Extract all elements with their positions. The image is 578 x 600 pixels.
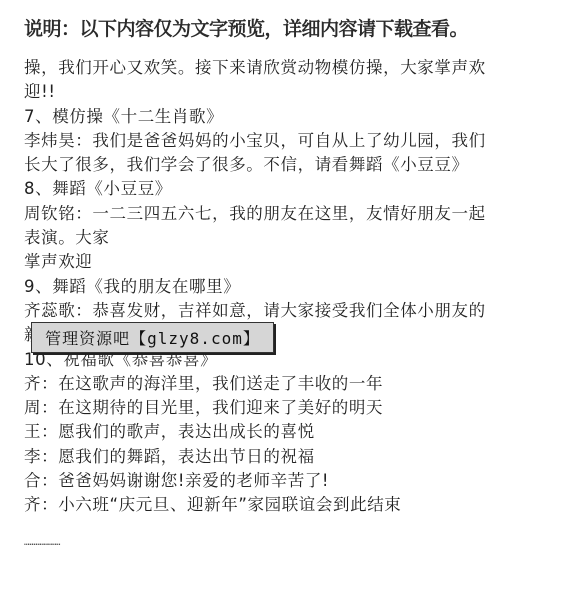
- document-line: 表演。大家: [24, 226, 564, 250]
- document-line: 齐：在这歌声的海洋里，我们送走了丰收的一年: [24, 372, 564, 396]
- document-line: 合：爸爸妈妈谢谢您!亲爱的老师辛苦了!: [24, 469, 564, 493]
- document-line: 李炜昊：我们是爸爸妈妈的小宝贝，可自从上了幼儿园，我们: [24, 129, 564, 153]
- section-heading: 9、舞蹈《我的朋友在哪里》: [24, 275, 564, 299]
- ending-dots: ………………………: [24, 538, 59, 548]
- document-line: 王：愿我们的歌声，表达出成长的喜悦: [24, 420, 564, 444]
- preview-notice: 说明：以下内容仅为文字预览，详细内容请下载查看。: [24, 14, 468, 41]
- document-line: 操，我们开心又欢笑。接下来请欣赏动物模仿操，大家掌声欢: [24, 56, 564, 80]
- document-body: 操，我们开心又欢笑。接下来请欣赏动物模仿操，大家掌声欢 迎!! 7、模仿操《十二…: [24, 56, 564, 518]
- document-line: 长大了很多，我们学会了很多。不信，请看舞蹈《小豆豆》: [24, 153, 564, 177]
- document-line: 掌声欢迎: [24, 250, 564, 274]
- document-line: 迎!!: [24, 80, 564, 104]
- section-heading: 8、舞蹈《小豆豆》: [24, 177, 564, 201]
- document-line: 周：在这期待的目光里，我们迎来了美好的明天: [24, 396, 564, 420]
- document-line: 李：愿我们的舞蹈，表达出节日的祝福: [24, 445, 564, 469]
- section-heading: 7、模仿操《十二生肖歌》: [24, 105, 564, 129]
- document-line: 周钦铭：一二三四五六七，我的朋友在这里，友情好朋友一起: [24, 202, 564, 226]
- document-line: 齐蕊歌：恭喜发财，吉祥如意，请大家接受我们全体小朋友的: [24, 299, 564, 323]
- watermark-text: 管理资源吧【glzy8.com】: [45, 326, 260, 349]
- document-line: 齐：小六班“庆元旦、迎新年”家园联谊会到此结束: [24, 493, 564, 517]
- watermark-banner: 管理资源吧【glzy8.com】: [31, 322, 274, 353]
